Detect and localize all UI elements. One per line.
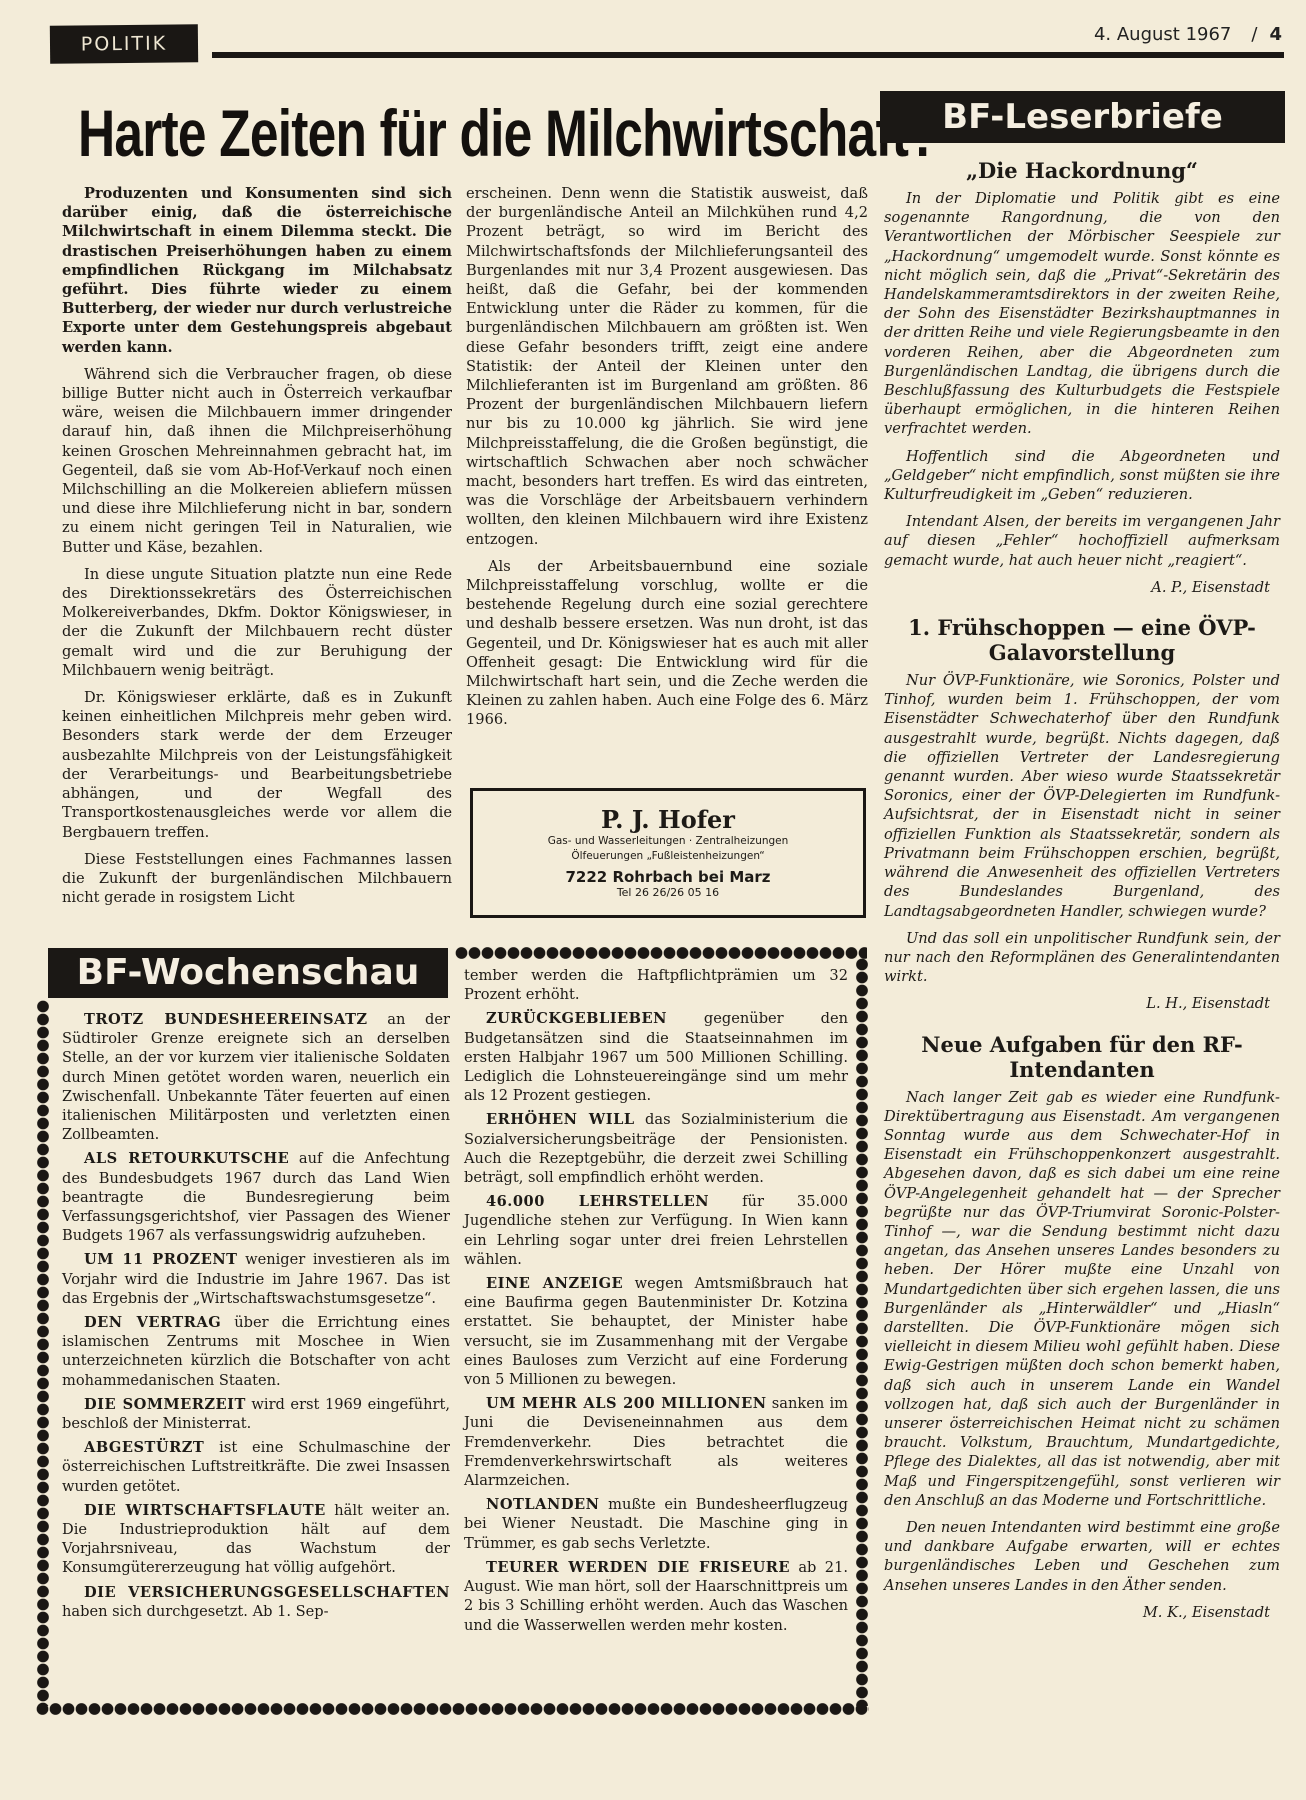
news-item: ERHÖHEN WILL das Sozialministerium die S…: [464, 1110, 848, 1187]
article-paragraph: Während sich die Verbraucher fragen, ob …: [62, 365, 452, 557]
leserbriefe-column: „Die Hackordnung“ In der Diplomatie und …: [884, 158, 1280, 1632]
letter-title: „Die Hackordnung“: [884, 158, 1280, 183]
leserbriefe-heading: BF-Leserbriefe: [880, 91, 1285, 143]
article-lead: Produzenten und Konsumenten sind sich da…: [62, 184, 452, 357]
header-rule: [212, 52, 1284, 58]
news-item: DIE SOMMERZEIT wird erst 1969 eingeführt…: [62, 1395, 450, 1433]
article-column-1: Produzenten und Konsumenten sind sich da…: [62, 184, 452, 915]
wochenschau-heading: BF-Wochenschau: [48, 948, 448, 998]
letter-paragraph: Nur ÖVP-Funktionäre, wie Soronics, Polst…: [884, 671, 1280, 921]
news-item: ABGESTÜRZT ist eine Schulmaschine der ös…: [62, 1438, 450, 1496]
issue-date: 4. August 1967: [1094, 24, 1231, 45]
letter-signature: A. P., Eisenstadt: [884, 578, 1280, 597]
news-item: 46.000 LEHRSTELLEN für 35.000 Jugendlich…: [464, 1192, 848, 1269]
letter-signature: M. K., Eisenstadt: [884, 1603, 1280, 1622]
news-item: TROTZ BUNDESHEEREINSATZ an der Südtirole…: [62, 1010, 450, 1144]
news-item: DIE VERSICHERUNGSGESELLSCHAFTEN haben si…: [62, 1583, 450, 1621]
news-item: DEN VERTRAG über die Errichtung eines is…: [62, 1313, 450, 1390]
page-number: 4: [1269, 24, 1282, 45]
date-separator: /: [1251, 24, 1257, 45]
wochenschau-column-2: tember werden die Haftpflichtprämien um …: [464, 966, 848, 1640]
advert-address: 7222 Rohrbach bei Marz: [473, 868, 863, 886]
letter-signature: L. H., Eisenstadt: [884, 994, 1280, 1013]
article-paragraph: In diese ungute Situation platzte nun ei…: [62, 565, 452, 680]
advert-services-1: Gas- und Wasserleitungen · Zentralheizun…: [473, 834, 863, 849]
news-item: EINE ANZEIGE wegen Amtsmißbrauch hat ein…: [464, 1274, 848, 1389]
dotted-border-top: [455, 946, 867, 960]
article-paragraph: erscheinen. Denn wenn die Statistik ausw…: [466, 184, 868, 549]
dotted-border-bottom: [36, 1702, 869, 1716]
letter-paragraph: In der Diplomatie und Politik gibt es ei…: [884, 189, 1280, 439]
advert-name: P. J. Hofer: [473, 805, 863, 834]
letter-paragraph: Hoffentlich sind die Abgeordneten und „G…: [884, 447, 1280, 505]
article-paragraph: Diese Feststellungen eines Fachmannes la…: [62, 850, 452, 908]
dotted-border-right: [855, 958, 869, 1706]
news-item: UM MEHR ALS 200 MILLIONEN sanken im Juni…: [464, 1394, 848, 1490]
article-paragraph: Als der Arbeitsbauernbund eine soziale M…: [466, 557, 868, 730]
letter-title: Neue Aufgaben für den RF-Intendanten: [884, 1032, 1280, 1082]
wochenschau-column-1: TROTZ BUNDESHEEREINSATZ an der Südtirole…: [62, 1010, 450, 1626]
news-item: TEURER WERDEN DIE FRISEURE ab 21. August…: [464, 1558, 848, 1635]
advert-services-2: Ölfeuerungen „Fußleistenheizungen“: [473, 849, 863, 864]
article-headline: Harte Zeiten für die Milchwirtschaft?: [78, 88, 679, 178]
news-continuation: tember werden die Haftpflichtprämien um …: [464, 966, 848, 1004]
letter-paragraph: Intendant Alsen, der bereits im vergange…: [884, 512, 1280, 570]
letter-paragraph: Und das soll ein unpolitischer Rundfunk …: [884, 929, 1280, 987]
article-paragraph: Dr. Königswieser erklärte, daß es in Zuk…: [62, 688, 452, 842]
letter-paragraph: Den neuen Intendanten wird bestimmt eine…: [884, 1518, 1280, 1595]
letter-paragraph: Nach langer Zeit gab es wieder eine Rund…: [884, 1088, 1280, 1510]
news-item: UM 11 PROZENT weniger investieren als im…: [62, 1250, 450, 1308]
news-item: ZURÜCKGEBLIEBEN gegenüber den Budgetansä…: [464, 1009, 848, 1105]
article-column-2: erscheinen. Denn wenn die Statistik ausw…: [466, 184, 868, 738]
letter-title: 1. Frühschoppen — eine ÖVP-Galavorstellu…: [884, 615, 1280, 665]
section-tag: POLITIK: [50, 24, 198, 64]
dateline: 4. August 1967/4: [1094, 24, 1282, 45]
news-item: DIE WIRTSCHAFTSFLAUTE hält weiter an. Di…: [62, 1501, 450, 1578]
news-item: ALS RETOURKUTSCHE auf die Anfechtung des…: [62, 1149, 450, 1245]
advertisement-hofer: P. J. Hofer Gas- und Wasserleitungen · Z…: [470, 788, 866, 918]
advert-phone: Tel 26 26/26 05 16: [473, 886, 863, 899]
dotted-border-left: [36, 1000, 50, 1706]
news-item: NOTLANDEN mußte ein Bundesheerflugzeug b…: [464, 1495, 848, 1553]
